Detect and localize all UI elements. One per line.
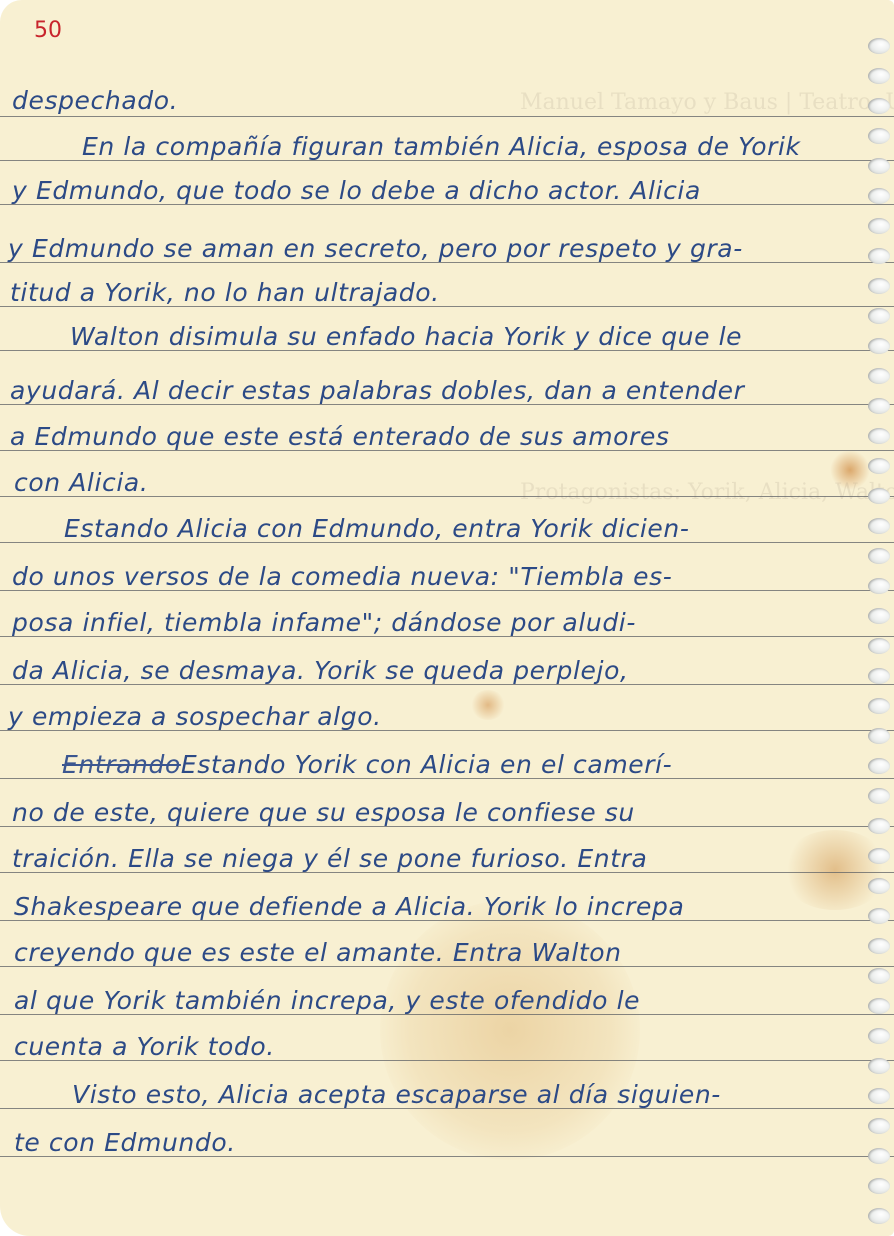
binding-hole — [868, 458, 890, 474]
show-through-text: Manuel Tamayo y Baus | Teatro: Un drama — [520, 90, 894, 115]
binding-hole — [868, 728, 890, 744]
binding-hole — [868, 248, 890, 264]
binding-hole — [868, 878, 890, 894]
spiral-holes — [864, 30, 890, 1230]
binding-hole — [868, 1118, 890, 1134]
binding-hole — [868, 1178, 890, 1194]
binding-hole — [868, 428, 890, 444]
binding-hole — [868, 908, 890, 924]
show-through-text: Protagonistas: Yorik, Alicia, Walton — [520, 480, 894, 505]
binding-hole — [868, 608, 890, 624]
binding-hole — [868, 818, 890, 834]
text-line-content: Estando Yorik con Alicia en el camerí- — [181, 750, 672, 779]
binding-hole — [868, 278, 890, 294]
binding-hole — [868, 1148, 890, 1164]
text-line: traición. Ella se niega y él se pone fur… — [12, 844, 647, 873]
coffee-stain — [470, 690, 506, 720]
binding-hole — [868, 758, 890, 774]
text-line: Shakespeare que defiende a Alicia. Yorik… — [14, 892, 684, 921]
text-line: do unos versos de la comedia nueva: "Tie… — [12, 562, 672, 591]
struck-word: Entrando — [62, 750, 181, 779]
binding-hole — [868, 1028, 890, 1044]
binding-hole — [868, 1058, 890, 1074]
binding-hole — [868, 188, 890, 204]
binding-hole — [868, 68, 890, 84]
text-line: y empieza a sospechar algo. — [8, 702, 382, 731]
binding-hole — [868, 578, 890, 594]
text-line: con Alicia. — [14, 468, 148, 497]
text-line: Visto esto, Alicia acepta escaparse al d… — [72, 1080, 721, 1109]
binding-hole — [868, 368, 890, 384]
notebook-page: Manuel Tamayo y Baus | Teatro: Un drama … — [0, 0, 894, 1236]
binding-hole — [868, 158, 890, 174]
binding-hole — [868, 398, 890, 414]
binding-hole — [868, 998, 890, 1014]
text-line: Estando Alicia con Edmundo, entra Yorik … — [64, 514, 689, 543]
binding-hole — [868, 548, 890, 564]
text-line: y Edmundo se aman en secreto, pero por r… — [8, 234, 743, 263]
binding-hole — [868, 38, 890, 54]
text-line: y Edmundo, que todo se lo debe a dicho a… — [12, 176, 701, 205]
binding-hole — [868, 338, 890, 354]
text-line: te con Edmundo. — [14, 1128, 236, 1157]
text-line: no de este, quiere que su esposa le conf… — [12, 798, 635, 827]
binding-hole — [868, 668, 890, 684]
binding-hole — [868, 938, 890, 954]
binding-hole — [868, 638, 890, 654]
text-line: da Alicia, se desmaya. Yorik se queda pe… — [12, 656, 629, 685]
binding-hole — [868, 1208, 890, 1224]
text-line: despechado. — [12, 86, 178, 115]
text-line: EntrandoEstando Yorik con Alicia en el c… — [62, 750, 672, 779]
binding-hole — [868, 788, 890, 804]
binding-hole — [868, 968, 890, 984]
text-line: Walton disimula su enfado hacia Yorik y … — [70, 322, 742, 351]
text-line: al que Yorik también increpa, y este ofe… — [14, 986, 640, 1015]
text-line: posa infiel, tiembla infame"; dándose po… — [12, 608, 636, 637]
text-line: ayudará. Al decir estas palabras dobles,… — [10, 376, 745, 405]
binding-hole — [868, 518, 890, 534]
binding-hole — [868, 128, 890, 144]
binding-hole — [868, 308, 890, 324]
binding-hole — [868, 488, 890, 504]
binding-hole — [868, 98, 890, 114]
text-line: cuenta a Yorik todo. — [14, 1032, 275, 1061]
binding-hole — [868, 1088, 890, 1104]
binding-hole — [868, 218, 890, 234]
text-line: En la compañía figuran también Alicia, e… — [82, 132, 801, 161]
ruled-line — [0, 116, 894, 117]
binding-hole — [868, 848, 890, 864]
text-line: a Edmundo que este está enterado de sus … — [10, 422, 670, 451]
binding-hole — [868, 698, 890, 714]
page-number: 50 — [34, 18, 62, 43]
text-line: creyendo que es este el amante. Entra Wa… — [14, 938, 622, 967]
text-line: titud a Yorik, no lo han ultrajado. — [10, 278, 440, 307]
